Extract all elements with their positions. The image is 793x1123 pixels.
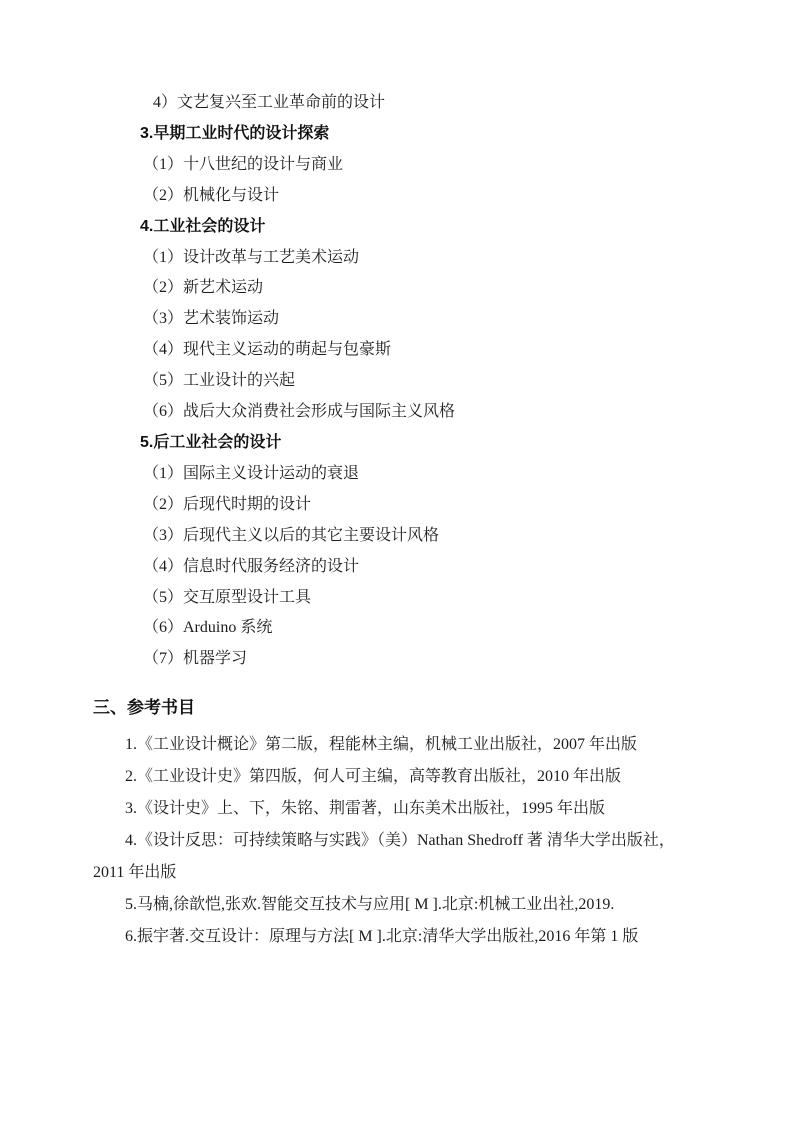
- reference-item: 3.《设计史》上、下，朱铭、荆雷著，山东美术出版社，1995 年出版: [93, 793, 700, 825]
- course-outline: 4）文艺复兴至工业革命前的设计 3.早期工业时代的设计探索 （1）十八世纪的设计…: [93, 88, 700, 675]
- reference-item: 5.马楠,徐歆恺,张欢.智能交互技术与应用[ M ].北京:机械工业出社,201…: [93, 889, 700, 921]
- outline-item: （7）机器学习: [93, 644, 700, 675]
- reference-item: 4.《设计反思：可持续策略与实践》（美）Nathan Shedroff 著 清华…: [93, 825, 700, 889]
- reference-item: 1.《工业设计概论》第二版，程能林主编，机械工业出版社，2007 年出版: [93, 729, 700, 761]
- outline-item: （1）设计改革与工艺美术运动: [93, 243, 700, 274]
- outline-item: （2）机械化与设计: [93, 181, 700, 212]
- outline-item: 4）文艺复兴至工业革命前的设计: [93, 88, 700, 119]
- references-heading: 三、参考书目: [93, 692, 700, 723]
- outline-item: （6）Arduino 系统: [93, 613, 700, 644]
- outline-item: （5）工业设计的兴起: [93, 366, 700, 397]
- reference-item: 6.振宇著.交互设计：原理与方法[ M ].北京:清华大学出版社,2016 年第…: [93, 921, 700, 953]
- outline-item: （4）现代主义运动的萌起与包豪斯: [93, 335, 700, 366]
- section-heading-industrial-society: 4.工业社会的设计: [93, 212, 700, 243]
- outline-item: （6）战后大众消费社会形成与国际主义风格: [93, 397, 700, 428]
- section-heading-post-industrial: 5.后工业社会的设计: [93, 428, 700, 459]
- document-page: 4）文艺复兴至工业革命前的设计 3.早期工业时代的设计探索 （1）十八世纪的设计…: [0, 0, 793, 1123]
- outline-item: （3）艺术装饰运动: [93, 304, 700, 335]
- outline-item: （4）信息时代服务经济的设计: [93, 552, 700, 583]
- outline-item: （1）国际主义设计运动的衰退: [93, 459, 700, 490]
- outline-item: （2）后现代时期的设计: [93, 490, 700, 521]
- reference-item: 2.《工业设计史》第四版，何人可主编，高等教育出版社，2010 年出版: [93, 761, 700, 793]
- outline-item: （5）交互原型设计工具: [93, 583, 700, 614]
- outline-item: （3）后现代主义以后的其它主要设计风格: [93, 521, 700, 552]
- outline-item: （2）新艺术运动: [93, 273, 700, 304]
- references-list: 1.《工业设计概论》第二版，程能林主编，机械工业出版社，2007 年出版 2.《…: [93, 729, 700, 953]
- section-heading-early-industrial: 3.早期工业时代的设计探索: [93, 119, 700, 150]
- outline-item: （1）十八世纪的设计与商业: [93, 150, 700, 181]
